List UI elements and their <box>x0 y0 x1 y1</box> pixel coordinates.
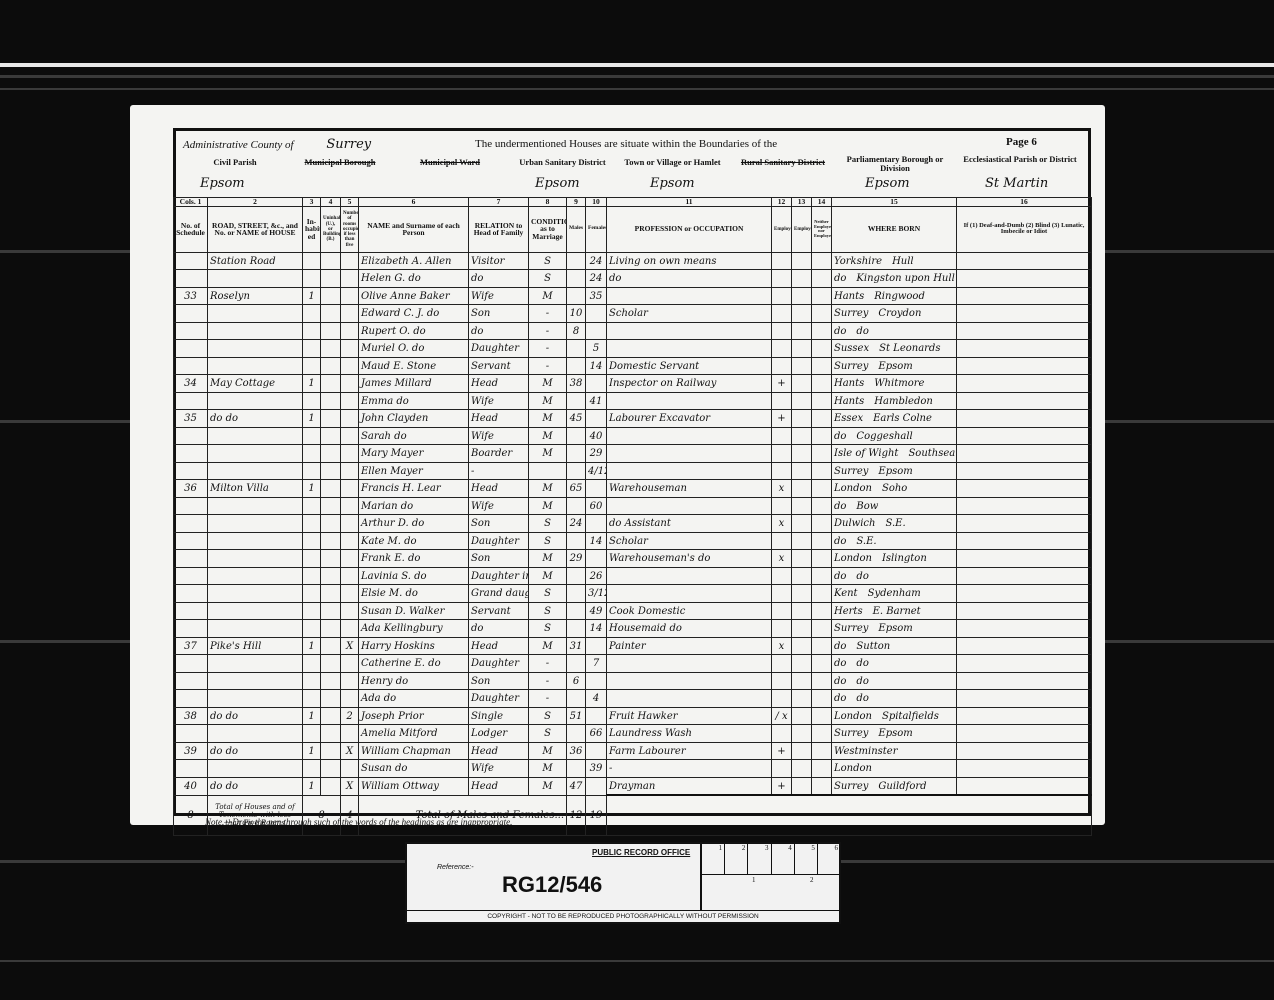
cell-f <box>586 322 607 340</box>
cell-name: Olive Anne Baker <box>359 287 469 305</box>
cell-blank <box>812 585 832 603</box>
cell-emp: + <box>772 375 792 393</box>
col-num: 2 <box>208 198 303 207</box>
ruler-inch-tick: 1 <box>752 876 756 884</box>
cell-inh <box>303 392 321 410</box>
cell-rel: Son <box>469 515 529 533</box>
total-schedules: 8 <box>174 795 208 835</box>
cell-where-born: SurreyEpsom <box>832 725 957 743</box>
cell-road <box>208 322 303 340</box>
scan-streak <box>0 75 1274 78</box>
cell-rooms <box>341 725 359 743</box>
cell-emp <box>772 462 792 480</box>
born-county: London <box>834 763 872 774</box>
cell-blank <box>321 585 341 603</box>
cell-rooms <box>341 410 359 428</box>
cell-rooms <box>341 655 359 673</box>
cell-m <box>567 690 586 708</box>
born-place: Southsea <box>908 448 955 459</box>
table-row: 39do do1XWilliam ChapmanHeadM36Farm Labo… <box>174 742 1092 760</box>
cell-inh: 1 <box>303 707 321 725</box>
born-place: Spitalfields <box>882 711 939 722</box>
cell-road <box>208 620 303 638</box>
cell-blank <box>957 672 1092 690</box>
born-county: Hants <box>834 378 864 389</box>
table-row: Station RoadElizabeth A. AllenVisitorS24… <box>174 252 1092 270</box>
cell-f: 40 <box>586 427 607 445</box>
cell-rel: Servant <box>469 357 529 375</box>
col-num: 3 <box>303 198 321 207</box>
cell-f: 26 <box>586 567 607 585</box>
cell-rooms <box>341 287 359 305</box>
cell-emp: / x <box>772 707 792 725</box>
cell-blank <box>957 252 1092 270</box>
name-header: NAME and Surname of each Person <box>359 206 469 252</box>
cell-occ: Painter <box>607 637 772 655</box>
cell-rooms <box>341 252 359 270</box>
cell-blank <box>321 252 341 270</box>
cell-road <box>208 760 303 778</box>
cell-m <box>567 532 586 550</box>
table-row: Marian doWifeM60doBow <box>174 497 1092 515</box>
cell-blank <box>321 760 341 778</box>
cell-cond <box>529 462 567 480</box>
born-place: Islington <box>882 553 927 564</box>
born-place: Epsom <box>878 623 912 634</box>
cell-blank <box>812 357 832 375</box>
cell-emp <box>772 252 792 270</box>
cell-sched <box>174 532 208 550</box>
reference-card: PUBLIC RECORD OFFICE Reference:- RG12/54… <box>405 842 841 924</box>
cell-blank <box>321 567 341 585</box>
cell-road: do do <box>208 777 303 795</box>
col-num: 14 <box>812 198 832 207</box>
cell-rel: Wife <box>469 497 529 515</box>
cell-rooms <box>341 375 359 393</box>
cell-blank <box>321 427 341 445</box>
col-num: 15 <box>832 198 957 207</box>
cell-m <box>567 445 586 463</box>
cell-f: 4 <box>586 690 607 708</box>
col-num: 8 <box>529 198 567 207</box>
cell-where-born: HertsE. Barnet <box>832 602 957 620</box>
page-number: Page 6 <box>1006 136 1037 148</box>
cell-sched <box>174 602 208 620</box>
cell-inh <box>303 620 321 638</box>
cell-sched <box>174 655 208 673</box>
cell-m: 38 <box>567 375 586 393</box>
born-county: do <box>834 571 846 582</box>
cell-m <box>567 585 586 603</box>
col-num: 11 <box>607 198 772 207</box>
cell-sched <box>174 270 208 288</box>
reference-label: Reference:- <box>437 864 474 871</box>
born-place: Ringwood <box>874 291 925 302</box>
cell-rel: Single <box>469 707 529 725</box>
cell-blank <box>792 567 812 585</box>
cell-where-born: doCoggeshall <box>832 427 957 445</box>
cell-m: 8 <box>567 322 586 340</box>
born-county: Hants <box>834 291 864 302</box>
cell-blank <box>812 287 832 305</box>
cell-sched <box>174 585 208 603</box>
cell-m: 45 <box>567 410 586 428</box>
cell-rooms <box>341 480 359 498</box>
cell-name: Amelia Mitford <box>359 725 469 743</box>
totals-blank <box>607 795 1092 835</box>
born-county: Essex <box>834 413 863 424</box>
cell-rel: Daughter <box>469 532 529 550</box>
cell-inh <box>303 497 321 515</box>
born-county: do <box>834 676 846 687</box>
cell-where-born: Westminster <box>832 742 957 760</box>
cell-cond: - <box>529 305 567 323</box>
cell-road <box>208 672 303 690</box>
cell-blank <box>321 410 341 428</box>
cell-blank <box>792 760 812 778</box>
cell-blank <box>957 497 1092 515</box>
table-row: Ada KellingburydoS14Housemaid doSurreyEp… <box>174 620 1092 638</box>
cell-blank <box>321 532 341 550</box>
born-county: do <box>834 658 846 669</box>
born-place: do <box>856 658 868 669</box>
cell-sched <box>174 252 208 270</box>
cell-road <box>208 270 303 288</box>
table-row: Emma doWifeM41HantsHambledon <box>174 392 1092 410</box>
cell-road <box>208 497 303 515</box>
cell-occ <box>607 567 772 585</box>
cell-blank <box>321 515 341 533</box>
cell-emp <box>772 322 792 340</box>
cell-emp <box>772 270 792 288</box>
cell-cond: - <box>529 672 567 690</box>
cell-cond: M <box>529 637 567 655</box>
cell-rooms <box>341 585 359 603</box>
cell-cond: S <box>529 602 567 620</box>
table-row: 40do do1XWilliam OttwayHeadM47Drayman+Su… <box>174 777 1092 795</box>
totals-row: 8 Total of Houses and of Tenements with … <box>174 795 1092 835</box>
scan-streak <box>0 63 1274 67</box>
cell-occ: Scholar <box>607 305 772 323</box>
cell-m <box>567 602 586 620</box>
cell-road <box>208 445 303 463</box>
cell-road <box>208 515 303 533</box>
cell-rel: Daughter <box>469 340 529 358</box>
cell-occ <box>607 322 772 340</box>
cell-blank <box>812 742 832 760</box>
cell-occ: Farm Labourer <box>607 742 772 760</box>
males-total: 12 <box>567 795 586 835</box>
cell-sched <box>174 305 208 323</box>
cell-cond: S <box>529 270 567 288</box>
cell-blank <box>321 707 341 725</box>
cell-blank <box>957 357 1092 375</box>
cell-cond: S <box>529 252 567 270</box>
cell-cond: - <box>529 340 567 358</box>
cell-blank <box>812 392 832 410</box>
born-place: Soho <box>882 483 907 494</box>
ruler-tick: 1 <box>702 844 725 874</box>
cell-rel: do <box>469 322 529 340</box>
cell-blank <box>957 480 1092 498</box>
cell-occ <box>607 585 772 603</box>
col-num: Cols. 1 <box>174 198 208 207</box>
cell-occ: Living on own means <box>607 252 772 270</box>
cell-blank <box>792 392 812 410</box>
table-row: Catherine E. doDaughter-7dodo <box>174 655 1092 673</box>
born-county: Westminster <box>834 746 898 757</box>
cell-cond: M <box>529 427 567 445</box>
cell-blank <box>792 305 812 323</box>
cell-blank <box>957 462 1092 480</box>
cell-cond: S <box>529 515 567 533</box>
table-row: Amelia MitfordLodgerS66Laundress WashSur… <box>174 725 1092 743</box>
cell-emp <box>772 585 792 603</box>
cell-f: 60 <box>586 497 607 515</box>
cell-where-born: SurreyEpsom <box>832 357 957 375</box>
cell-m: 65 <box>567 480 586 498</box>
cell-blank <box>957 287 1092 305</box>
cell-blank <box>812 375 832 393</box>
cell-road <box>208 550 303 568</box>
cell-sched <box>174 567 208 585</box>
ecclesiastical-label: Ecclesiastical Parish or District <box>955 155 1085 164</box>
table-row: 35do do1John ClaydenHeadM45Labourer Exca… <box>174 410 1092 428</box>
cell-blank <box>792 602 812 620</box>
cell-emp: + <box>772 410 792 428</box>
cell-blank <box>321 270 341 288</box>
cell-f: 4/12 <box>586 462 607 480</box>
public-record-office-label: PUBLIC RECORD OFFICE <box>592 848 690 857</box>
cell-rel: Wife <box>469 427 529 445</box>
cell-where-born: HantsRingwood <box>832 287 957 305</box>
born-county: Herts <box>834 606 863 617</box>
cell-occ: do Assistant <box>607 515 772 533</box>
cell-rooms <box>341 462 359 480</box>
cell-name: Maud E. Stone <box>359 357 469 375</box>
cell-f: 29 <box>586 445 607 463</box>
cell-where-born: doKingston upon Hull <box>832 270 957 288</box>
cell-f <box>586 777 607 795</box>
cell-name: Ada do <box>359 690 469 708</box>
table-row: Lavinia S. doDaughter in lawM26dodo <box>174 567 1092 585</box>
cell-inh <box>303 270 321 288</box>
cell-blank <box>812 777 832 795</box>
cell-name: Henry do <box>359 672 469 690</box>
cell-occ: Housemaid do <box>607 620 772 638</box>
cell-cond: M <box>529 550 567 568</box>
cell-occ: Warehouseman <box>607 480 772 498</box>
cell-blank <box>812 270 832 288</box>
born-county: Surrey <box>834 308 868 319</box>
cell-inh <box>303 550 321 568</box>
cell-inh <box>303 305 321 323</box>
cell-sched: 34 <box>174 375 208 393</box>
cell-rel: Visitor <box>469 252 529 270</box>
cell-where-born: SussexSt Leonards <box>832 340 957 358</box>
table-row: Susan doWifeM39-London <box>174 760 1092 778</box>
census-table: Cols. 1 2 3 4 5 6 7 8 9 10 11 12 13 14 1… <box>173 197 1092 836</box>
cell-name: Ada Kellingbury <box>359 620 469 638</box>
cell-blank <box>321 305 341 323</box>
cell-blank <box>321 497 341 515</box>
cell-f <box>586 515 607 533</box>
cell-inh <box>303 725 321 743</box>
cell-where-born: SurreyCroydon <box>832 305 957 323</box>
cell-f <box>586 672 607 690</box>
born-place: S.E. <box>885 518 905 529</box>
cell-emp: + <box>772 742 792 760</box>
column-headings: No. of Schedule ROAD, STREET, &c., and N… <box>174 206 1092 252</box>
cell-m <box>567 287 586 305</box>
born-place: do <box>856 326 868 337</box>
cell-where-born: HantsHambledon <box>832 392 957 410</box>
cell-occ: Scholar <box>607 532 772 550</box>
cell-blank <box>812 305 832 323</box>
born-place: Croydon <box>878 308 921 319</box>
cell-rooms <box>341 550 359 568</box>
cell-rooms <box>341 445 359 463</box>
cell-name: Joseph Prior <box>359 707 469 725</box>
cell-blank <box>792 515 812 533</box>
born-county: Isle of Wight <box>834 448 898 459</box>
ruler-tick: 4 <box>772 844 795 874</box>
cell-inh: 1 <box>303 777 321 795</box>
where-born-header: WHERE BORN <box>832 206 957 252</box>
cell-rooms <box>341 270 359 288</box>
cell-rooms <box>341 497 359 515</box>
cell-inh <box>303 602 321 620</box>
condition-header: CONDITION as to Marriage <box>529 206 567 252</box>
cell-rooms <box>341 357 359 375</box>
born-place: do <box>856 676 868 687</box>
employed-header: Employed <box>792 206 812 252</box>
cell-road <box>208 567 303 585</box>
cell-f: 14 <box>586 532 607 550</box>
cell-occ <box>607 655 772 673</box>
cell-where-born: EssexEarls Colne <box>832 410 957 428</box>
cell-rel: Wife <box>469 392 529 410</box>
ruler-tick: 5 <box>795 844 818 874</box>
cell-blank <box>957 655 1092 673</box>
cell-blank <box>812 340 832 358</box>
cell-m <box>567 340 586 358</box>
table-row: Frank E. doSonM29Warehouseman's doxLondo… <box>174 550 1092 568</box>
cell-emp <box>772 690 792 708</box>
born-place: Epsom <box>878 728 912 739</box>
cell-cond: S <box>529 532 567 550</box>
cell-blank <box>957 392 1092 410</box>
born-county: do <box>834 693 846 704</box>
cell-where-born: dodo <box>832 672 957 690</box>
cell-blank <box>321 620 341 638</box>
relation-header: RELATION to Head of Family <box>469 206 529 252</box>
cell-f: 66 <box>586 725 607 743</box>
cell-road: Station Road <box>208 252 303 270</box>
cell-blank <box>792 655 812 673</box>
table-row: Arthur D. doSonS24do AssistantxDulwichS.… <box>174 515 1092 533</box>
cell-blank <box>812 637 832 655</box>
cell-rel: Head <box>469 777 529 795</box>
cell-name: Mary Mayer <box>359 445 469 463</box>
cell-road <box>208 690 303 708</box>
town-value: Epsom <box>650 176 695 191</box>
cell-where-born: HantsWhitmore <box>832 375 957 393</box>
cell-emp: + <box>772 777 792 795</box>
cell-emp <box>772 445 792 463</box>
cell-blank <box>957 322 1092 340</box>
cell-where-born: KentSydenham <box>832 585 957 603</box>
col-num: 7 <box>469 198 529 207</box>
cell-occ: Cook Domestic <box>607 602 772 620</box>
cell-blank <box>321 655 341 673</box>
cell-inh <box>303 340 321 358</box>
cell-m <box>567 392 586 410</box>
cell-sched <box>174 392 208 410</box>
born-place: do <box>856 693 868 704</box>
cell-inh: 1 <box>303 480 321 498</box>
cell-blank <box>792 707 812 725</box>
cell-m <box>567 427 586 445</box>
road-header: ROAD, STREET, &c., and No. or NAME of HO… <box>208 206 303 252</box>
males-females-label: Total of Males and Females... <box>359 795 567 835</box>
cell-f: 5 <box>586 340 607 358</box>
rooms-total: 4 <box>341 795 359 835</box>
cell-where-born: dodo <box>832 567 957 585</box>
born-place: Guildford <box>878 781 926 792</box>
cell-emp <box>772 357 792 375</box>
cell-sched <box>174 725 208 743</box>
cell-sched: 36 <box>174 480 208 498</box>
cell-inh <box>303 252 321 270</box>
cell-cond: - <box>529 690 567 708</box>
scan-streak <box>0 960 1274 962</box>
cell-rooms <box>341 620 359 638</box>
ecclesiastical-value: St Martin <box>985 176 1048 191</box>
municipal-borough-label: Municipal Borough <box>290 158 390 167</box>
born-county: do <box>834 641 846 652</box>
col-num: 12 <box>772 198 792 207</box>
cell-name: Francis H. Lear <box>359 480 469 498</box>
cell-rel: do <box>469 270 529 288</box>
cell-blank <box>792 287 812 305</box>
cell-name: Harry Hoskins <box>359 637 469 655</box>
infirmity-header: If (1) Deaf-and-Dumb (2) Blind (3) Lunat… <box>957 206 1092 252</box>
cell-where-born: dodo <box>832 690 957 708</box>
cell-blank <box>792 725 812 743</box>
cell-sched <box>174 322 208 340</box>
cell-cond: M <box>529 497 567 515</box>
cell-name: William Chapman <box>359 742 469 760</box>
cell-blank <box>321 340 341 358</box>
cell-road: do do <box>208 410 303 428</box>
cell-sched: 39 <box>174 742 208 760</box>
born-place: Epsom <box>878 466 912 477</box>
cell-f: 14 <box>586 620 607 638</box>
table-row: Muriel O. doDaughter-5SussexSt Leonards <box>174 340 1092 358</box>
cell-m: 6 <box>567 672 586 690</box>
cell-f: 7 <box>586 655 607 673</box>
cell-inh <box>303 322 321 340</box>
cell-blank <box>812 602 832 620</box>
cell-sched <box>174 445 208 463</box>
cell-cond: S <box>529 725 567 743</box>
cell-blank <box>957 340 1092 358</box>
cell-m <box>567 462 586 480</box>
cell-occ: Labourer Excavator <box>607 410 772 428</box>
cell-f: 41 <box>586 392 607 410</box>
born-county: Surrey <box>834 623 868 634</box>
